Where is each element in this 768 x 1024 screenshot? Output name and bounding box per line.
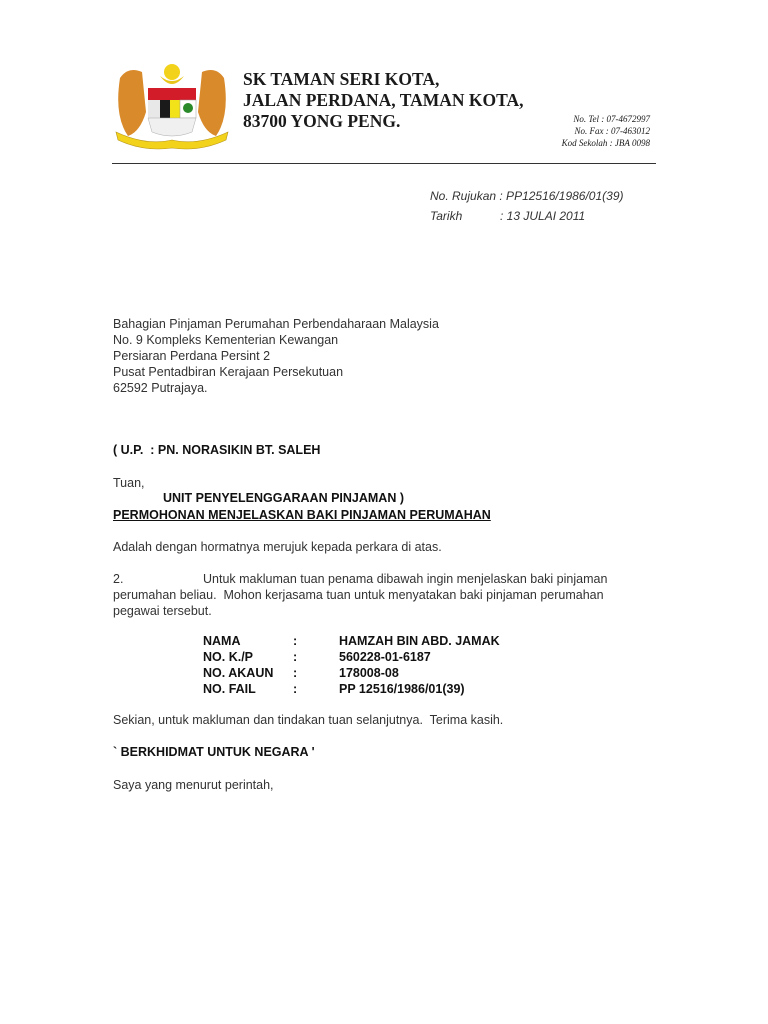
coat-of-arms-logo — [112, 58, 232, 152]
detail-value: 178008-08 — [339, 665, 500, 681]
address-line: Pusat Pentadbiran Kerajaan Persekutuan — [113, 364, 439, 380]
detail-row: NO. K./P:560228-01-6187 — [203, 649, 500, 665]
date-label: Tarikh — [430, 206, 500, 226]
detail-separator: : — [293, 681, 339, 697]
paragraph-number: 2. — [113, 571, 203, 587]
contact-info: No. Tel : 07-4672997 No. Fax : 07-463012… — [530, 113, 650, 149]
attention-person: ( U.P. : PN. NORASIKIN BT. SALEH — [113, 442, 404, 458]
address-line: Persiaran Perdana Persint 2 — [113, 348, 439, 364]
reference-number: : PP12516/1986/01(39) — [499, 189, 623, 203]
borrower-details: NAMA:HAMZAH BIN ABD. JAMAK NO. K./P:5602… — [203, 633, 500, 697]
signoff: Saya yang menurut perintah, — [113, 777, 274, 793]
letterhead-line: JALAN PERDANA, TAMAN KOTA, — [243, 90, 524, 111]
phone-number: No. Tel : 07-4672997 — [530, 113, 650, 125]
school-letterhead: SK TAMAN SERI KOTA, JALAN PERDANA, TAMAN… — [243, 69, 524, 132]
detail-separator: : — [293, 649, 339, 665]
detail-label: NAMA — [203, 633, 293, 649]
letterhead-line: SK TAMAN SERI KOTA, — [243, 69, 524, 90]
fax-number: No. Fax : 07-463012 — [530, 125, 650, 137]
detail-label: NO. FAIL — [203, 681, 293, 697]
detail-label: NO. AKAUN — [203, 665, 293, 681]
attention-line: ( U.P. : PN. NORASIKIN BT. SALEH UNIT PE… — [113, 410, 404, 522]
salutation: Tuan, — [113, 475, 145, 491]
recipient-address: Bahagian Pinjaman Perumahan Perbendahara… — [113, 316, 439, 396]
address-line: Bahagian Pinjaman Perumahan Perbendahara… — [113, 316, 439, 332]
school-code: Kod Sekolah : JBA 0098 — [530, 137, 650, 149]
attention-unit: UNIT PENYELENGGARAAN PINJAMAN ) — [113, 490, 404, 506]
detail-row: NAMA:HAMZAH BIN ABD. JAMAK — [203, 633, 500, 649]
detail-separator: : — [293, 665, 339, 681]
reference-label: No. Rujukan — [430, 189, 496, 203]
address-line: No. 9 Kompleks Kementerian Kewangan — [113, 332, 439, 348]
motto: ` BERKHIDMAT UNTUK NEGARA ' — [113, 744, 315, 760]
detail-row: NO. AKAUN:178008-08 — [203, 665, 500, 681]
date-value: : 13 JULAI 2011 — [500, 209, 585, 223]
letterhead-line: 83700 YONG PENG. — [243, 111, 524, 132]
detail-value: PP 12516/1986/01(39) — [339, 681, 500, 697]
reference-block: No. Rujukan : PP12516/1986/01(39) Tarikh… — [430, 186, 624, 226]
detail-separator: : — [293, 633, 339, 649]
detail-value: HAMZAH BIN ABD. JAMAK — [339, 633, 500, 649]
detail-value: 560228-01-6187 — [339, 649, 500, 665]
paragraph-text: pegawai tersebut. — [113, 603, 658, 619]
letter-subject: PERMOHONAN MENJELASKAN BAKI PINJAMAN PER… — [113, 507, 491, 523]
address-line: 62592 Putrajaya. — [113, 380, 439, 396]
paragraph-1: Adalah dengan hormatnya merujuk kepada p… — [113, 539, 442, 555]
detail-row: NO. FAIL:PP 12516/1986/01(39) — [203, 681, 500, 697]
closing-text: Sekian, untuk makluman dan tindakan tuan… — [113, 712, 503, 728]
detail-label: NO. K./P — [203, 649, 293, 665]
paragraph-2: 2.Untuk makluman tuan penama dibawah ing… — [113, 571, 658, 619]
paragraph-text: Untuk makluman tuan penama dibawah ingin… — [203, 572, 607, 586]
paragraph-text: perumahan beliau. Mohon kerjasama tuan u… — [113, 587, 658, 603]
header-divider — [112, 163, 656, 164]
